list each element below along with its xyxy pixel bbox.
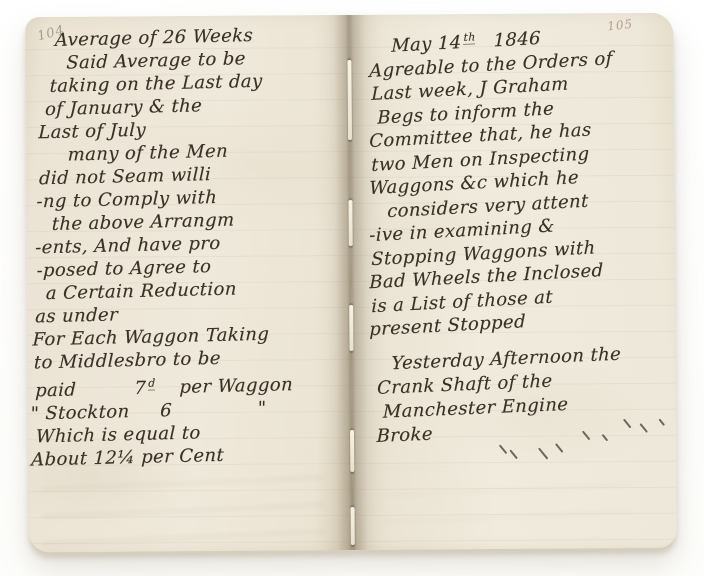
- open-book: 104 Average of 26 Weeks Said Average to …: [25, 13, 677, 553]
- pen-mark: [658, 419, 665, 426]
- date-day: May 14: [391, 32, 461, 57]
- binding-stitch: [351, 507, 355, 545]
- binding-stitch: [349, 305, 353, 351]
- left-page-handwriting: Average of 26 Weeks Said Average to be t…: [29, 22, 343, 472]
- payment-amount: 7: [134, 378, 146, 399]
- pen-mark: [509, 449, 518, 459]
- pen-mark: [499, 444, 508, 454]
- ghost-show-through-writing: [42, 467, 325, 549]
- binding-stitch: [347, 60, 352, 140]
- photo-stage: 104 Average of 26 Weeks Said Average to …: [0, 0, 704, 576]
- payment-per-waggon: per Waggon: [179, 374, 293, 398]
- pen-mark: [538, 448, 548, 460]
- pen-mark: [602, 434, 609, 441]
- binding-stitch: [348, 200, 352, 246]
- pen-mark: [555, 443, 564, 453]
- right-page: 105 May 14th1846 Agreable to the Orders …: [349, 13, 677, 550]
- left-page: 104 Average of 26 Weeks Said Average to …: [25, 15, 353, 552]
- payment-gap: [76, 394, 134, 395]
- date-year: 1846: [494, 28, 541, 52]
- pen-mark: [639, 423, 648, 433]
- date-ordinal-superscript: th: [463, 30, 475, 45]
- right-page-entry: May 14th1846 Agreable to the Orders of L…: [369, 15, 669, 342]
- pen-mark: [582, 431, 591, 441]
- payment-word: paid: [35, 379, 77, 401]
- ghost-show-through-writing: [382, 465, 632, 529]
- binding-stitch: [350, 430, 354, 472]
- pen-mark: [623, 419, 632, 429]
- payment-unit-superscript: d: [148, 376, 156, 390]
